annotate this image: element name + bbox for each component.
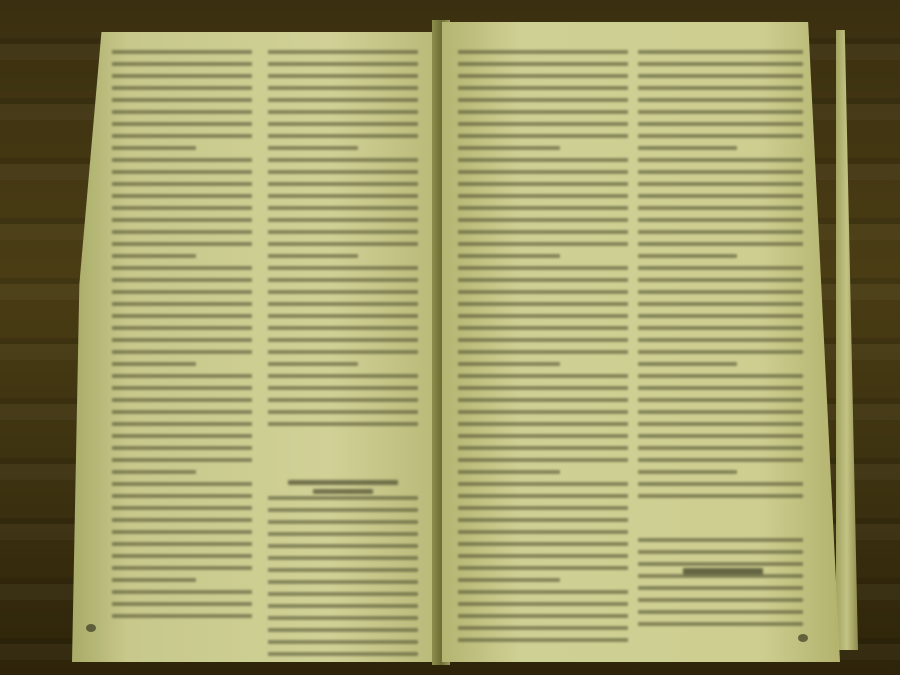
text-line [638, 98, 803, 102]
text-line [458, 266, 628, 270]
text-line [268, 182, 418, 186]
text-line [458, 290, 628, 294]
text-line [268, 314, 418, 318]
text-line [112, 290, 252, 294]
text-line [638, 610, 803, 614]
text-line [112, 350, 252, 354]
left-page-column-2 [268, 50, 418, 664]
text-line [112, 254, 196, 258]
text-line [638, 458, 803, 462]
text-line [638, 470, 737, 474]
text-line [458, 62, 628, 66]
text-line [268, 290, 418, 294]
text-line [638, 206, 803, 210]
text-line [268, 206, 418, 210]
text-line [458, 278, 628, 282]
text-line [268, 266, 418, 270]
text-line [268, 350, 418, 354]
text-line [268, 338, 418, 342]
text-line [112, 218, 252, 222]
text-line [638, 410, 803, 414]
text-line [112, 398, 252, 402]
text-line [112, 170, 252, 174]
text-line [458, 74, 628, 78]
text-line [638, 278, 803, 282]
text-line [112, 386, 252, 390]
text-line [638, 230, 803, 234]
text-line [268, 74, 418, 78]
text-line [268, 532, 418, 536]
text-line [268, 362, 358, 366]
text-line [112, 266, 252, 270]
text-line [458, 530, 628, 534]
text-line [458, 506, 628, 510]
text-line [458, 254, 560, 258]
text-line [112, 530, 252, 534]
text-line [268, 278, 418, 282]
text-line [268, 146, 358, 150]
text-line [638, 218, 803, 222]
text-line [112, 494, 252, 498]
text-line [638, 158, 803, 162]
text-line [268, 652, 418, 656]
text-line [458, 566, 628, 570]
text-line [268, 628, 418, 632]
text-line [458, 110, 628, 114]
text-line [458, 518, 628, 522]
text-line [112, 134, 252, 138]
left-section-heading: [illegible two-line heading] [268, 452, 418, 498]
text-line [458, 314, 628, 318]
text-line [112, 242, 252, 246]
text-line [458, 242, 628, 246]
right-page-column-1 [458, 50, 628, 650]
text-line [268, 520, 418, 524]
text-line [268, 302, 418, 306]
text-line [638, 134, 803, 138]
text-line [638, 482, 803, 486]
text-line [458, 230, 628, 234]
text-line [112, 74, 252, 78]
text-line [638, 182, 803, 186]
text-line [268, 158, 418, 162]
text-line [268, 326, 418, 330]
text-line [638, 110, 803, 114]
text-line [638, 350, 803, 354]
text-line [268, 592, 418, 596]
text-line [112, 158, 252, 162]
text-line [638, 386, 803, 390]
text-line [458, 590, 628, 594]
text-line [112, 434, 252, 438]
text-line [112, 182, 252, 186]
text-line [458, 542, 628, 546]
text-line [458, 554, 628, 558]
text-line [458, 482, 628, 486]
text-line [458, 158, 628, 162]
text-line [638, 422, 803, 426]
text-line [458, 302, 628, 306]
text-line [458, 614, 628, 618]
text-line [458, 410, 628, 414]
text-line [638, 398, 803, 402]
text-line [112, 410, 252, 414]
text-line [638, 314, 803, 318]
text-line [458, 434, 628, 438]
text-line [112, 470, 196, 474]
text-line [268, 218, 418, 222]
text-line [268, 122, 418, 126]
text-line [638, 374, 803, 378]
left-page-number [86, 624, 96, 632]
text-line [112, 230, 252, 234]
right-page: [illegible bold heading] [442, 22, 840, 662]
text-line [112, 422, 252, 426]
text-line [112, 302, 252, 306]
text-line [268, 410, 418, 414]
text-line [268, 110, 418, 114]
text-line [458, 218, 628, 222]
text-line [638, 86, 803, 90]
text-line [268, 170, 418, 174]
text-line [112, 374, 252, 378]
text-line [458, 638, 628, 642]
text-line [112, 338, 252, 342]
text-line [268, 374, 418, 378]
text-line [268, 508, 418, 512]
text-line [268, 568, 418, 572]
text-line [268, 230, 418, 234]
text-line [458, 470, 560, 474]
text-line [268, 616, 418, 620]
text-line [268, 242, 418, 246]
text-line [638, 170, 803, 174]
text-line [112, 314, 252, 318]
text-line [458, 362, 560, 366]
text-line [112, 506, 252, 510]
text-line [458, 398, 628, 402]
text-line [268, 98, 418, 102]
text-line [458, 494, 628, 498]
text-line [458, 458, 628, 462]
text-line [638, 50, 803, 54]
text-line [638, 586, 803, 590]
text-line [458, 626, 628, 630]
text-line [638, 622, 803, 626]
text-line [112, 278, 252, 282]
text-line [112, 590, 252, 594]
text-line [638, 338, 803, 342]
text-line [458, 338, 628, 342]
text-line [112, 146, 196, 150]
text-line [112, 554, 252, 558]
text-line [268, 422, 418, 426]
text-line [268, 134, 418, 138]
text-line [112, 50, 252, 54]
text-line [458, 206, 628, 210]
text-line [458, 446, 628, 450]
text-line [638, 446, 803, 450]
text-line [268, 254, 358, 258]
text-line [458, 182, 628, 186]
text-line [112, 206, 252, 210]
text-line [268, 62, 418, 66]
text-line [268, 386, 418, 390]
text-line [458, 602, 628, 606]
text-line [112, 602, 252, 606]
text-line [458, 326, 628, 330]
text-line [638, 538, 803, 542]
text-line [458, 350, 628, 354]
text-line [112, 86, 252, 90]
text-line [638, 290, 803, 294]
text-line [112, 326, 252, 330]
text-line [638, 494, 803, 498]
text-line [458, 386, 628, 390]
text-line [112, 518, 252, 522]
text-line [112, 62, 252, 66]
text-line [638, 74, 803, 78]
text-line [638, 302, 803, 306]
text-line [112, 614, 252, 618]
text-line [638, 146, 737, 150]
left-page: [illegible two-line heading] [72, 32, 440, 662]
text-line [268, 580, 418, 584]
text-line [458, 422, 628, 426]
text-line [638, 434, 803, 438]
right-section-heading: [illegible bold heading] [668, 544, 778, 575]
text-line [638, 266, 803, 270]
text-line [268, 640, 418, 644]
text-line [112, 458, 252, 462]
text-line [112, 578, 196, 582]
text-line [112, 110, 252, 114]
text-line [458, 374, 628, 378]
text-line [458, 146, 560, 150]
text-line [112, 122, 252, 126]
text-line [458, 98, 628, 102]
text-line [112, 362, 196, 366]
text-line [458, 170, 628, 174]
text-line [112, 98, 252, 102]
text-line [458, 122, 628, 126]
text-line [112, 194, 252, 198]
text-line [638, 122, 803, 126]
text-line [268, 398, 418, 402]
text-line [638, 362, 737, 366]
text-line [268, 556, 418, 560]
text-line [112, 542, 252, 546]
text-line [458, 578, 560, 582]
text-line [638, 326, 803, 330]
text-line [638, 194, 803, 198]
text-line [268, 50, 418, 54]
text-line [112, 446, 252, 450]
text-line [638, 242, 803, 246]
text-line [458, 134, 628, 138]
text-line [638, 598, 803, 602]
text-line [268, 544, 418, 548]
right-page-number [798, 634, 808, 642]
text-line [268, 194, 418, 198]
text-line [458, 86, 628, 90]
text-line [638, 62, 803, 66]
text-line [458, 50, 628, 54]
text-line [458, 194, 628, 198]
left-page-column-1 [112, 50, 252, 626]
text-line [268, 604, 418, 608]
text-line [638, 254, 737, 258]
text-line [268, 86, 418, 90]
text-line [112, 566, 252, 570]
text-line [112, 482, 252, 486]
